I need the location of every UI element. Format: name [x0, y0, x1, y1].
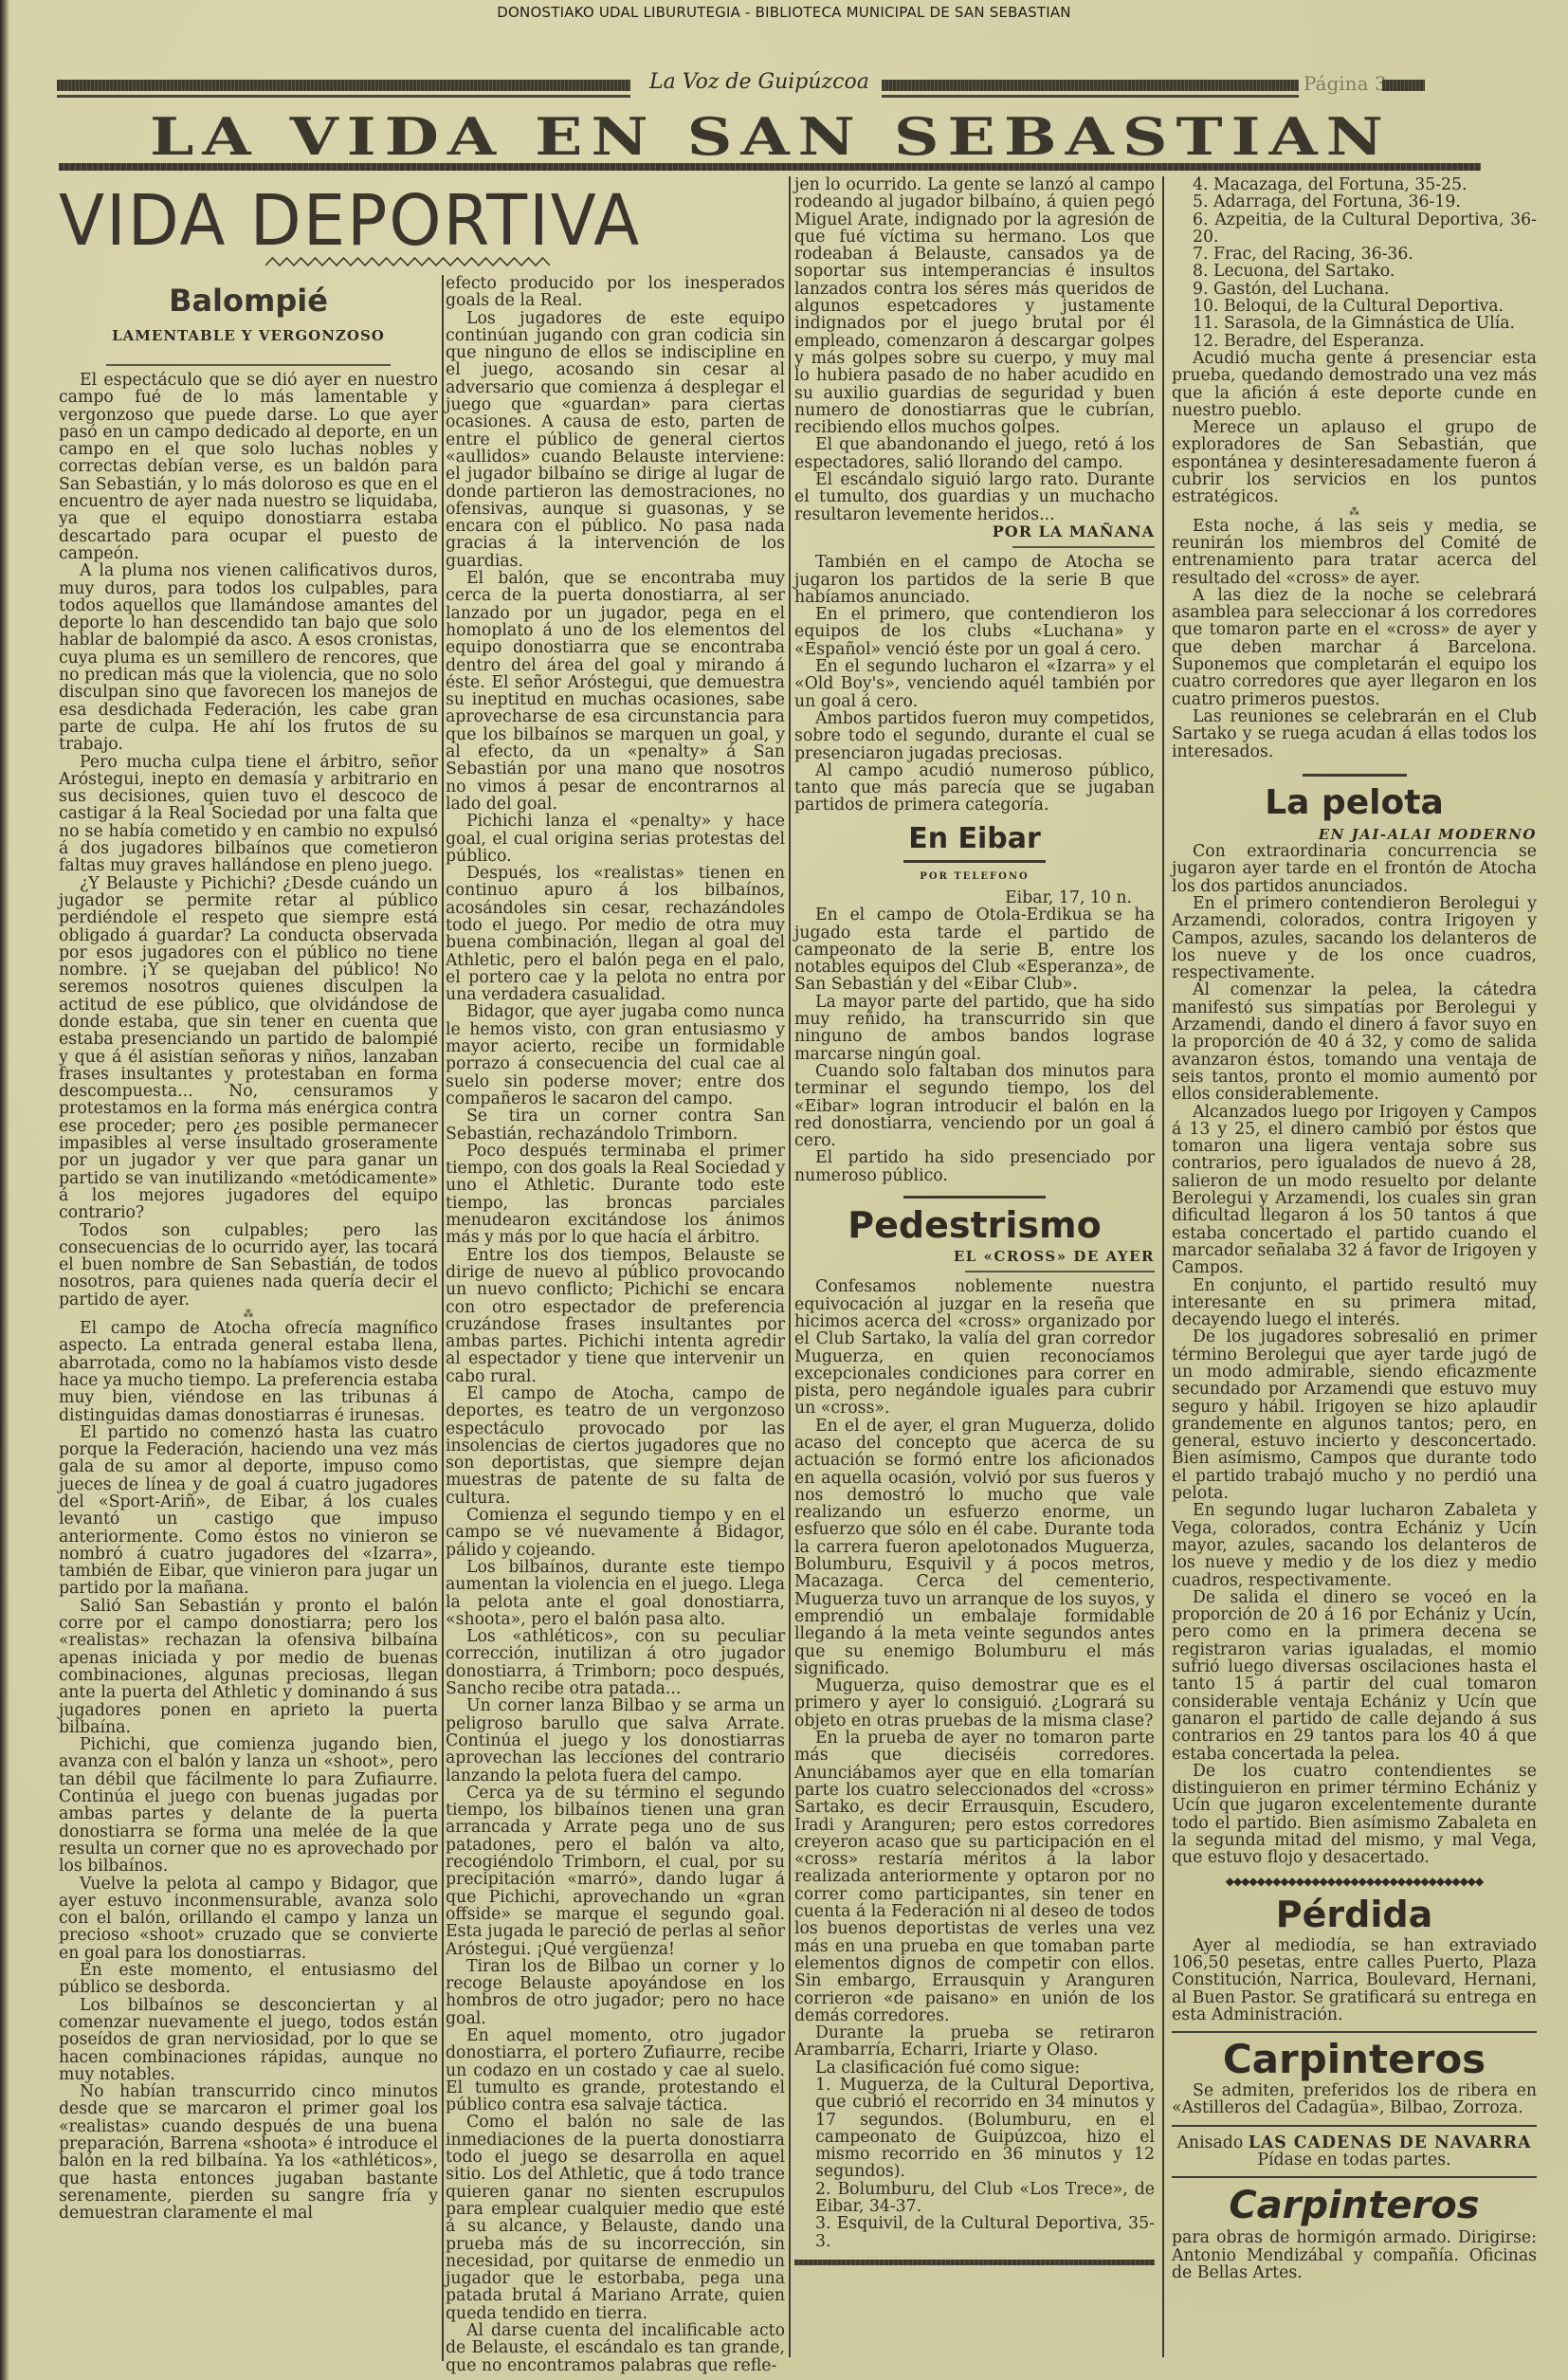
paragraph: Poco después terminaba el primer tiempo,… [446, 1143, 785, 1247]
newspaper-page: DONOSTIAKO UDAL LIBURUTEGIA - BIBLIOTECA… [0, 0, 1568, 2380]
column-1: El espectáculo que se dió ayer en nuestr… [59, 358, 438, 2222]
pedestrismo-notices: Esta noche, á las seis y media, se reuni… [1172, 518, 1537, 760]
paragraph: Las reuniones se celebrarán en el Club S… [1172, 708, 1537, 760]
classification-entry: 11. Sarasola, de la Gimnástica de Ulía. [1172, 315, 1537, 332]
paragraph: A las diez de la noche se celebrará asam… [1172, 587, 1537, 708]
paragraph: También en el campo de Atocha se jugaron… [794, 554, 1155, 606]
balompie-heading: Balompié [59, 283, 438, 319]
classification-list-a: 1. Muguerza, de la Cultural Deportiva, q… [794, 2077, 1155, 2250]
pelota-report: Con extraordinaria concurrencia se jugar… [1172, 843, 1537, 1867]
paragraph: Esta noche, á las seis y media, se reuni… [1172, 518, 1537, 587]
section-rule [903, 1196, 1046, 1199]
classification-entry: 1. Muguerza, de la Cultural Deportiva, q… [794, 2077, 1155, 2181]
paragraph: De salida el dinero se voceó en la propo… [1172, 1589, 1537, 1763]
paragraph: La clasificación fué como sigue: [794, 2060, 1155, 2077]
paragraph: En el primero, que contendieron los equi… [794, 606, 1155, 658]
paragraph: En conjunto, el partido resultó muy inte… [1172, 1277, 1537, 1329]
morning-matches: También en el campo de Atocha se jugaron… [794, 554, 1155, 814]
paragraph: Acudió mucha gente á presenciar esta pru… [1172, 350, 1537, 419]
paragraph: El espectáculo que se dió ayer en nuestr… [59, 372, 438, 562]
paragraph: En aquel momento, otro jugador donostiar… [446, 2027, 785, 2114]
eibar-heading: En Eibar [794, 824, 1155, 854]
head-rule-left [57, 80, 630, 91]
pelota-subtitle: EN JAI-ALAI MODERNO [1172, 826, 1537, 843]
perdida-text: Ayer al mediodía, se han extraviado 106,… [1172, 1937, 1537, 2023]
classification-entry: 6. Azpeitia, de la Cultural Deportiva, 3… [1172, 211, 1537, 247]
carpinteros-text: Se admiten, preferidos los de ribera en … [1172, 2082, 1537, 2117]
paragraph: A la pluma nos vienen calificativos duro… [59, 562, 438, 753]
classification-entry: 7. Frac, del Racing, 36-36. [1172, 246, 1537, 263]
balompie-subtitle: LAMENTABLE Y VERGONZOSO [59, 327, 438, 344]
diamond-rule-icon: ◆◆◆◆◆◆◆◆◆◆◆◆◆◆◆◆◆◆◆◆◆◆◆◆◆◆◆◆◆◆◆◆◆ [1172, 1875, 1537, 1888]
paragraph: En este momento, el entusiasmo del públi… [59, 1962, 438, 1997]
paragraph: Comienza el segundo tiempo y en el campo… [446, 1507, 785, 1559]
head-rule-end [1382, 80, 1425, 91]
paragraph: Muguerza, quiso demostrar que es el prim… [794, 1677, 1155, 1730]
pedestrismo-report: Confesamos noblemente nuestra equivocaci… [794, 1278, 1155, 2077]
paragraph: Salió San Sebastián y pronto el balón co… [59, 1598, 438, 1736]
paragraph: Merece un aplauso el grupo de explorador… [1172, 419, 1537, 505]
paragraph: Después, los «realistas» tienen en conti… [446, 865, 785, 1003]
paragraph: En el campo de Otola-Erdikua se ha jugad… [794, 906, 1155, 993]
paragraph: Vuelve la pelota al campo y Bidagor, que… [59, 1876, 438, 1962]
paragraph: Cerca ya de su término el segundo tiempo… [446, 1785, 785, 1958]
paragraph: En el segundo lucharon el «Izarra» y el … [794, 658, 1155, 710]
column-2: efecto producido por los inesperados goa… [446, 275, 785, 2374]
paragraph: El balón, que se encontraba muy cerca de… [446, 570, 785, 813]
banner-rule [59, 163, 1481, 171]
head-rule-right [882, 80, 1299, 91]
asterism-icon: ⁂ [1172, 506, 1537, 518]
column-3: jen lo ocurrido. La gente se lanzó al ca… [794, 176, 1155, 2275]
paper-name: La Voz de Guipúzcoa [649, 70, 869, 94]
balompie-conclusion: jen lo ocurrido. La gente se lanzó al ca… [794, 176, 1155, 523]
scan-edge [0, 0, 9, 2380]
balompie-match-report: El campo de Atocha ofrecía magnífico asp… [59, 1320, 438, 2222]
paragraph: Pichichi lanza el «penalty» y hace goal,… [446, 813, 785, 865]
paragraph: De los cuatro contendientes se distingui… [1172, 1763, 1537, 1867]
paragraph: Durante la prueba se retiraron Arambarrí… [794, 2024, 1155, 2060]
paragraph: En la prueba de ayer no tomaron parte má… [794, 1730, 1155, 2024]
morning-byline: POR LA MAÑANA [794, 523, 1155, 540]
eibar-via: POR TELEFONO [794, 869, 1155, 886]
paragraph: Se tira un corner contra San Sebastián, … [446, 1108, 785, 1143]
classification-entry: 9. Gastón, del Luchana. [1172, 281, 1537, 298]
column-end-rule [794, 2260, 1155, 2265]
running-head: La Voz de Guipúzcoa Página 3 [57, 72, 1488, 101]
anisado-ad: Anisado LAS CADENAS DE NAVARRA [1172, 2134, 1537, 2151]
paragraph: Ambos partidos fueron muy competidos, so… [794, 710, 1155, 762]
paragraph: Los bilbaínos, durante este tiempo aumen… [446, 1559, 785, 1628]
paragraph: Entre los dos tiempos, Belauste se dirig… [446, 1247, 785, 1385]
library-credit: DONOSTIAKO UDAL LIBURUTEGIA - BIBLIOTECA… [0, 4, 1568, 21]
carpinteros-heading: Carpinteros [1172, 2041, 1537, 2078]
column-rule [1162, 176, 1164, 2357]
classification-entry: 12. Beradre, del Esperanza. [1172, 333, 1537, 350]
paragraph: Al campo acudió numeroso público, tanto … [794, 762, 1155, 815]
pelota-heading: La pelota [1172, 784, 1537, 822]
column-rule [789, 176, 791, 2357]
paragraph: Con extraordinaria concurrencia se jugar… [1172, 843, 1537, 895]
balompie-intro: El espectáculo que se dió ayer en nuestr… [59, 372, 438, 1309]
ad-rule [1172, 2031, 1537, 2033]
sub-rule [106, 364, 391, 366]
paragraph: En el de ayer, el gran Muguerza, dolido … [794, 1418, 1155, 1677]
classification-list-b: 4. Macazaga, del Fortuna, 35-25.5. Adarr… [1172, 176, 1537, 350]
balompie-continued: efecto producido por los inesperados goa… [446, 275, 785, 2374]
paragraph: Al darse cuenta del incalificable acto d… [446, 2322, 785, 2374]
paragraph: Bidagor, que ayer jugaba como nunca le h… [446, 1003, 785, 1108]
column-rule [442, 275, 444, 2361]
anisado-prefix: Anisado [1176, 2133, 1243, 2152]
paragraph: Tiran los de Bilbao un corner y lo recog… [446, 1958, 785, 2027]
anisado-tagline: Pídase en todas partes. [1172, 2151, 1537, 2169]
paragraph: Confesamos noblemente nuestra equivocaci… [794, 1278, 1155, 1417]
head-thin-rule-right [882, 95, 1299, 98]
classification-entry: 3. Esquivil, de la Cultural Deportiva, 3… [794, 2215, 1155, 2250]
paragraph: Como el balón no sale de las inmediacion… [446, 2114, 785, 2322]
section-rule [1303, 774, 1407, 777]
paragraph: Los «athléticos», con su peculiar correc… [446, 1628, 785, 1697]
classification-entry: 2. Bolumburu, del Club «Los Trece», de E… [794, 2181, 1155, 2216]
paragraph: Los bilbaínos se desconciertan y al come… [59, 1997, 438, 2083]
eibar-dateline: Eibar, 17, 10 n. [794, 889, 1132, 906]
vida-deportiva-title: VIDA DEPORTIVA [59, 180, 753, 262]
column-4: 4. Macazaga, del Fortuna, 35-25.5. Adarr… [1172, 176, 1537, 2281]
paragraph: El partido no comenzó hasta las cuatro p… [59, 1424, 438, 1598]
zigzag-ornament [265, 256, 550, 267]
sub-rule [1012, 546, 1155, 548]
paragraph: El que abandonando el juego, retó á los … [794, 436, 1155, 471]
paragraph: La mayor parte del partido, que ha sido … [794, 994, 1155, 1063]
section-banner: LA VIDA EN SAN SEBASTIAN [59, 106, 1483, 167]
paragraph: Cuando solo faltaban dos minutos para te… [794, 1063, 1155, 1149]
paragraph: No habían transcurrido cinco minutos des… [59, 2083, 438, 2222]
carpinteros-2-heading: Carpinteros [1172, 2186, 1537, 2225]
ad-rule [1172, 2125, 1537, 2127]
paragraph: De los jugadores sobresalió en primer té… [1172, 1328, 1537, 1502]
paragraph: Un corner lanza Bilbao y se arma un peli… [446, 1697, 785, 1784]
paragraph: El escándalo siguió largo rato. Durante … [794, 471, 1155, 523]
paragraph: El campo de Atocha ofrecía magnífico asp… [59, 1320, 438, 1424]
paragraph: Todos son culpables; pero las consecuenc… [59, 1222, 438, 1309]
paragraph: En segundo lugar lucharon Zabaleta y Veg… [1172, 1502, 1537, 1588]
paragraph: Pichichi, que comienza jugando bien, ava… [59, 1736, 438, 1875]
paragraph: El campo de Atocha, campo de deportes, e… [446, 1385, 785, 1507]
head-thin-rule-left [57, 95, 630, 98]
paragraph: Los jugadores de este equipo continúan j… [446, 310, 785, 570]
eibar-report: En el campo de Otola-Erdikua se ha jugad… [794, 906, 1155, 1184]
classification-entry: 5. Adarraga, del Fortuna, 36-19. [1172, 193, 1537, 211]
page-number: Página 3 [1304, 72, 1387, 95]
classification-entry: 8. Lecuona, del Sartako. [1172, 263, 1537, 280]
classification-entry: 10. Beloqui, de la Cultural Deportiva. [1172, 298, 1537, 315]
ad-rule [1172, 2176, 1537, 2178]
perdida-heading: Pérdida [1172, 1895, 1537, 1933]
paragraph: efecto producido por los inesperados goa… [446, 275, 785, 310]
paragraph: ¿Y Belauste y Pichichi? ¿Desde cuándo un… [59, 875, 438, 1222]
paragraph: jen lo ocurrido. La gente se lanzó al ca… [794, 176, 1155, 436]
eibar-rule [903, 860, 1046, 863]
anisado-brand: LAS CADENAS DE NAVARRA [1249, 2133, 1532, 2152]
paragraph: Alcanzados luego por Irigoyen y Campos á… [1172, 1104, 1537, 1277]
pedestrismo-aftermath: Acudió mucha gente á presenciar esta pru… [1172, 350, 1537, 506]
carpinteros-2-text: para obras de hormigón armado. Dirigirse… [1172, 2229, 1537, 2281]
pedestrismo-subtitle: EL «CROSS» DE AYER [794, 1248, 1155, 1265]
sub-rule [965, 1271, 1155, 1272]
paragraph: Pero mucha culpa tiene el árbitro, señor… [59, 754, 438, 875]
classification-entry: 4. Macazaga, del Fortuna, 35-25. [1172, 176, 1537, 193]
pedestrismo-heading: Pedestrismo [794, 1206, 1155, 1244]
paragraph: En el primero contendieron Berolegui y A… [1172, 895, 1537, 981]
paragraph: Al comenzar la pelea, la cátedra manifes… [1172, 981, 1537, 1103]
paragraph: El partido ha sido presenciado por numer… [794, 1149, 1155, 1184]
